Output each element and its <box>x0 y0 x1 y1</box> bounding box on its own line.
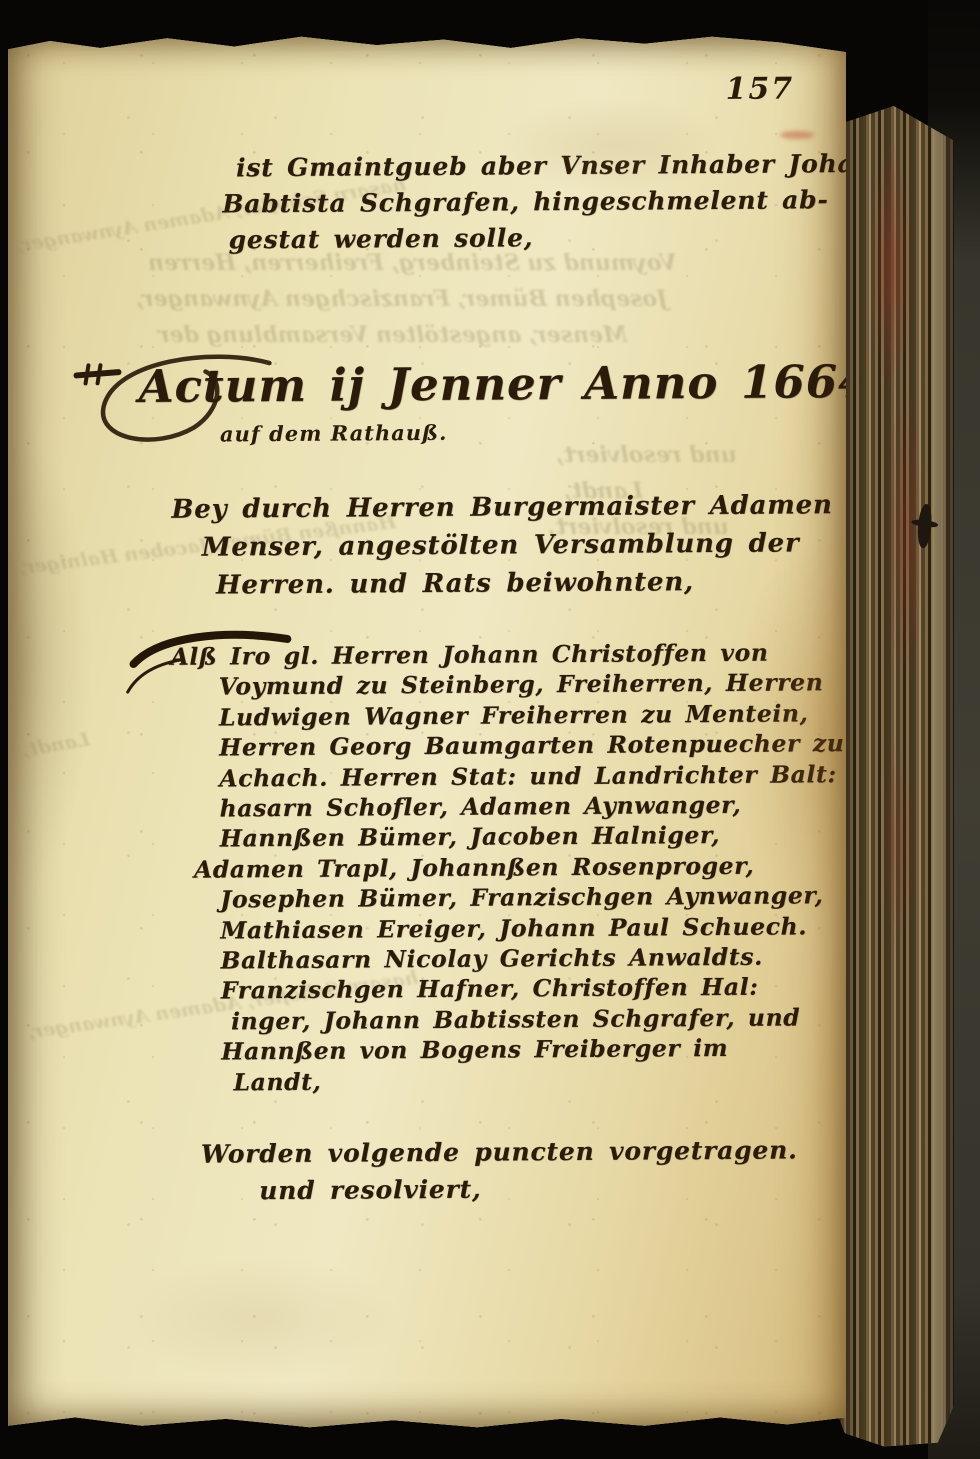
opening-paragraph: ist Gmaintgueb aber Vnser Inhaber Johan … <box>222 146 874 259</box>
manuscript-text-line: Voymund zu Steinberg, Freiherren, Herren <box>171 667 844 702</box>
manuscript-text-line: Herren Georg Baumgarten Rotenpuecher zu <box>171 728 844 763</box>
manuscript-text-line: Herren. und Rats beiwohnten, <box>172 562 833 605</box>
manuscript-text-line: Ludwigen Wagner Freiherren zu Mentein, <box>171 698 844 733</box>
handwritten-ink-layer: 157 ist Gmaintgueb aber Vnser Inhaber Jo… <box>3 31 851 1433</box>
manuscript-text-line: hasarn Schofler, Adamen Aynwanger, <box>171 789 844 824</box>
manuscript-text-line: ist Gmaintgueb aber Vnser Inhaber Johan <box>222 146 874 187</box>
dated-session-heading: Actum ij Jenner Anno 1664 L. <box>138 354 942 413</box>
folio-page-number: 157 <box>725 71 794 106</box>
manuscript-text-line: Franzischgen Hafner, Christoffen Hal: <box>173 972 846 1007</box>
heading-place-subline: auf dem Rathauß. <box>220 420 448 447</box>
fore-edge-ink-blot <box>915 503 933 548</box>
manuscript-text-line: Landt, <box>173 1063 846 1098</box>
closing-paragraph: Worden volgende puncten vorgetragen. und… <box>201 1131 798 1209</box>
manuscript-text-line: gestat werden solle, <box>222 218 874 259</box>
manuscript-page: hasarn Schofler, Adamen Aynwanger, Voymu… <box>8 34 846 1430</box>
manuscript-text-line: Adamen Trapl, Johannßen Rosenproger, <box>172 850 845 885</box>
manuscript-text-line: Alß Iro gl. Herren Johann Christoffen vo… <box>170 637 843 672</box>
assembly-paragraph: Bey durch Herren Burgermaister Adamen Me… <box>171 486 833 605</box>
manuscript-text-line: Worden volgende puncten vorgetragen. <box>201 1131 798 1172</box>
manuscript-text-line: Hannßen Bümer, Jacoben Halniger, <box>172 820 845 855</box>
manuscript-text-line: und resolviert, <box>201 1168 798 1209</box>
manuscript-text-line: Babtista Schgrafen, hingeschmelent ab- <box>222 182 874 223</box>
manuscript-text-line: Mathiasen Ereiger, Johann Paul Schuech. <box>172 911 845 946</box>
manuscript-text-line: Josephen Bümer, Franzischgen Aynwanger, <box>172 880 845 915</box>
photographed-book-scene: hasarn Schofler, Adamen Aynwanger, Voymu… <box>0 0 980 1459</box>
manuscript-text-line: Achach. Herren Stat: und Landrichter Bal… <box>171 759 844 794</box>
manuscript-text-line: inger, Johann Babtissten Schgrafer, und <box>173 1002 846 1037</box>
manuscript-text-line: Bey durch Herren Burgermaister Adamen <box>171 486 832 529</box>
attendees-list-paragraph: Alß Iro gl. Herren Johann Christoffen vo… <box>170 637 846 1098</box>
book-fore-edge-pages <box>838 106 954 1448</box>
manuscript-text-line: Balthasarn Nicolay Gerichts Anwaldts. <box>172 941 845 976</box>
manuscript-text-line: Menser, angestölten Versamblung der <box>172 524 833 567</box>
manuscript-text-line: Hannßen von Bogens Freiberger im <box>173 1032 846 1067</box>
